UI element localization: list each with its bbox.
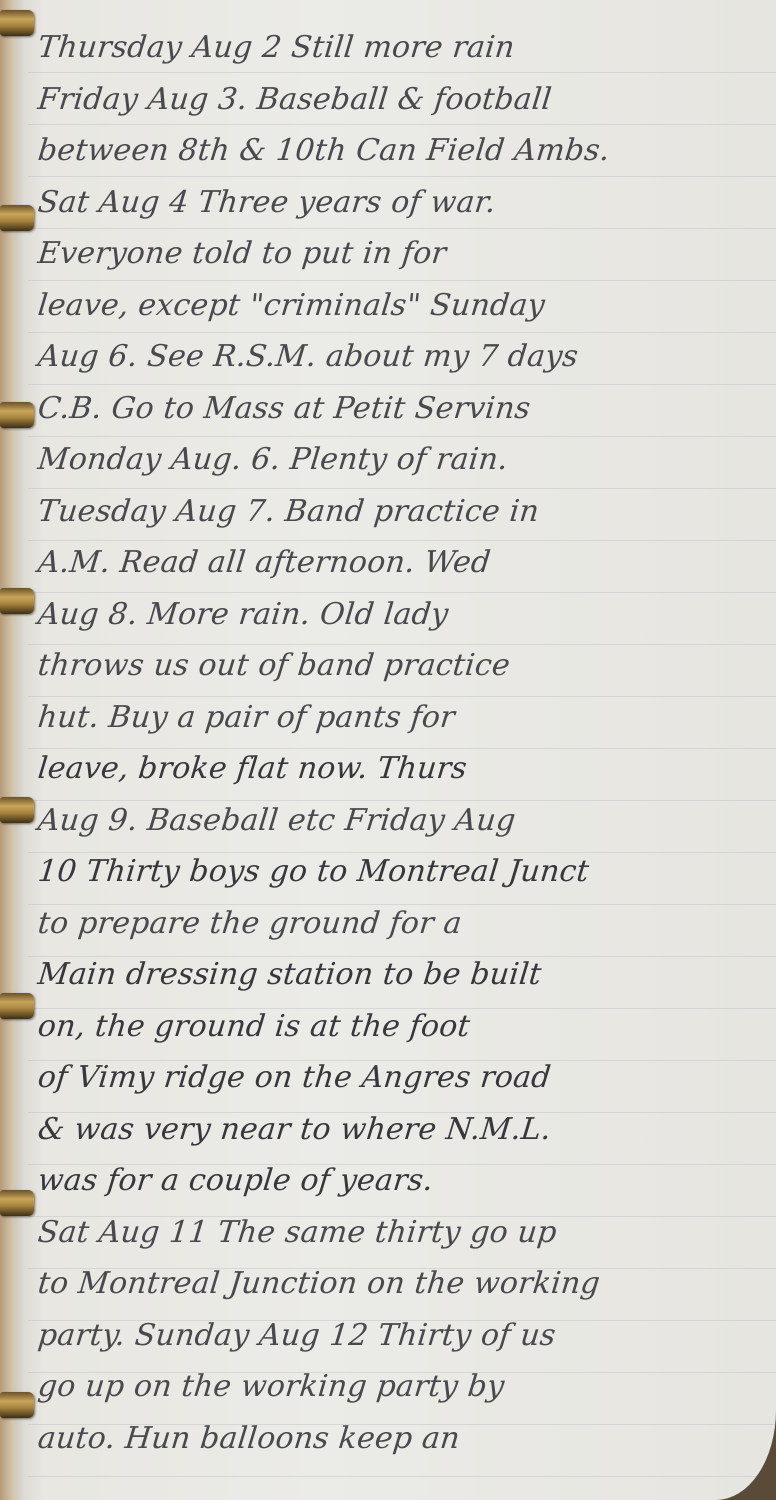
diary-line: Aug 8. More rain. Old lady	[35, 589, 776, 641]
diary-line: party. Sunday Aug 12 Thirty of us	[35, 1310, 776, 1362]
diary-line: Monday Aug. 6. Plenty of rain.	[35, 434, 776, 486]
diary-line: 10 Thirty boys go to Montreal Junct	[35, 846, 776, 898]
binder-ring	[0, 205, 34, 231]
diary-line: throws us out of band practice	[35, 640, 776, 692]
diary-line: Aug 6. See R.S.M. about my 7 days	[35, 331, 776, 383]
diary-page: Thursday Aug 2 Still more rain Friday Au…	[14, 0, 776, 1500]
diary-line: on, the ground is at the foot	[35, 1001, 776, 1053]
diary-line: to Montreal Junction on the working	[35, 1258, 776, 1310]
diary-line: go up on the working party by	[35, 1361, 776, 1413]
binder-ring	[0, 588, 34, 614]
binder-ring	[0, 993, 34, 1019]
diary-line: hut. Buy a pair of pants for	[35, 692, 776, 744]
diary-line: Tuesday Aug 7. Band practice in	[35, 486, 776, 538]
binder-ring	[0, 797, 34, 823]
diary-line: was for a couple of years.	[35, 1155, 776, 1207]
diary-line: & was very near to where N.M.L.	[35, 1104, 776, 1156]
binder-ring	[0, 10, 34, 36]
diary-line: auto. Hun balloons keep an	[35, 1413, 776, 1465]
diary-line: Everyone told to put in for	[35, 228, 776, 280]
diary-line: between 8th & 10th Can Field Ambs.	[35, 125, 776, 177]
diary-line: of Vimy ridge on the Angres road	[35, 1052, 776, 1104]
diary-line: A.M. Read all afternoon. Wed	[35, 537, 776, 589]
handwritten-text: Thursday Aug 2 Still more rain Friday Au…	[38, 22, 776, 1464]
diary-line: leave, except "criminals" Sunday	[35, 280, 776, 332]
diary-line: Sat Aug 4 Three years of war.	[35, 177, 776, 229]
diary-line: Thursday Aug 2 Still more rain	[35, 22, 776, 74]
binder-ring	[0, 1392, 34, 1418]
diary-line: C.B. Go to Mass at Petit Servins	[35, 383, 776, 435]
binder-ring	[0, 1190, 34, 1216]
diary-line: Main dressing station to be built	[35, 949, 776, 1001]
binder-ring	[0, 402, 34, 428]
diary-line: to prepare the ground for a	[35, 898, 776, 950]
diary-line: leave, broke flat now. Thurs	[35, 743, 776, 795]
diary-line: Sat Aug 11 The same thirty go up	[35, 1207, 776, 1259]
diary-line: Friday Aug 3. Baseball & football	[35, 74, 776, 126]
diary-line: Aug 9. Baseball etc Friday Aug	[35, 795, 776, 847]
ruled-line	[28, 1476, 776, 1477]
